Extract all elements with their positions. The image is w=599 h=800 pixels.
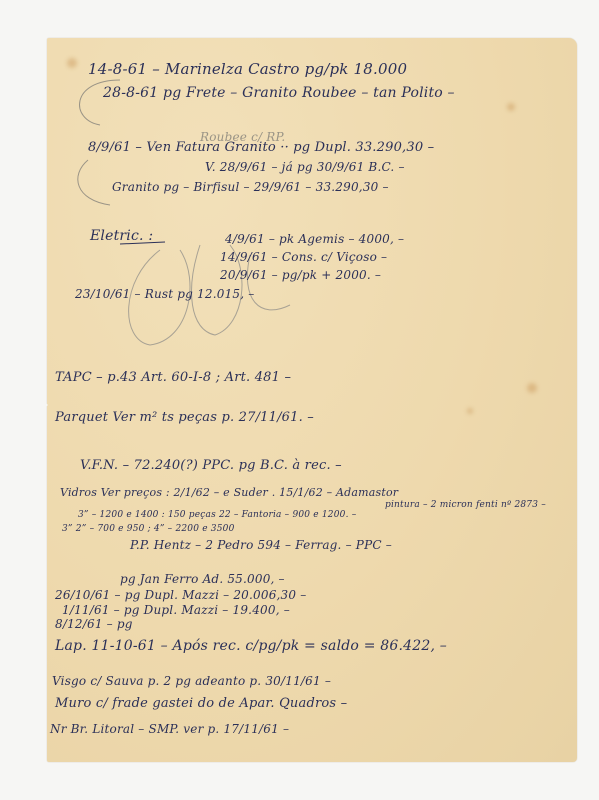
entry-line-4: V. 28/9/61 – já pg 30/9/61 B.C. – — [205, 160, 405, 174]
entry-line-22: Lap. 11-10-61 – Após rec. c/pg/pk = sald… — [55, 638, 447, 654]
entry-line-11: Parquet Ver m² ts peças p. 27/11/61. – — [55, 410, 314, 425]
entry-line-1: 14-8-61 – Marinelza Castro pg/pk 18.000 — [88, 60, 407, 78]
entry-line-2: 28-8-61 pg Frete – Granito Roubee – tan … — [103, 85, 455, 101]
entry-line-5: Granito pg – Birfisul – 29/9/61 – 33.290… — [112, 180, 389, 194]
entry-line-3: 8/9/61 – Ven Fatura Granito ·· pg Dupl. … — [88, 140, 434, 155]
entry-eletric-label: Eletric. : — [90, 228, 153, 244]
entry-line-21: 8/12/61 – pg — [55, 617, 133, 631]
entry-line-7: 14/9/61 – Cons. c/ Viçoso – — [220, 250, 387, 264]
entry-line-18: pg Jan Ferro Ad. 55.000, – — [120, 572, 285, 586]
entry-line-16: 3” 2” – 700 e 950 ; 4” – 2200 e 3500 — [62, 524, 235, 534]
entry-line-20: 1/11/61 – pg Dupl. Mazzi – 19.400, – — [62, 603, 290, 617]
entry-line-13: Vidros Ver preços : 2/1/62 – e Suder . 1… — [60, 486, 398, 499]
entry-line-24: Muro c/ frade gastei do de Apar. Quadros… — [55, 696, 347, 711]
entry-line-9: 23/10/61 – Rust pg 12.015, – — [75, 287, 254, 301]
entry-line-25: Nr Br. Litoral – SMP. ver p. 17/11/61 – — [50, 722, 289, 736]
entry-line-12: V.F.N. – 72.240(?) PPC. pg B.C. à rec. – — [80, 458, 342, 473]
entry-line-14: pintura – 2 micron fenti nº 2873 – — [385, 500, 546, 510]
entry-line-10: TAPC – p.43 Art. 60-I-8 ; Art. 481 – — [55, 370, 291, 385]
entry-line-8: 20/9/61 – pg/pk + 2000. – — [220, 268, 381, 282]
entry-line-6: 4/9/61 – pk Agemis – 4000, – — [225, 232, 404, 246]
entry-line-15: 3” – 1200 e 1400 : 150 peças 22 – Fantor… — [78, 510, 356, 520]
entry-line-23: Visgo c/ Sauva p. 2 pg adeanto p. 30/11/… — [52, 674, 331, 688]
entry-line-17: P.P. Hentz – 2 Pedro 594 – Ferrag. – PPC… — [130, 538, 392, 552]
entry-line-19: 26/10/61 – pg Dupl. Mazzi – 20.006,30 – — [55, 588, 306, 602]
